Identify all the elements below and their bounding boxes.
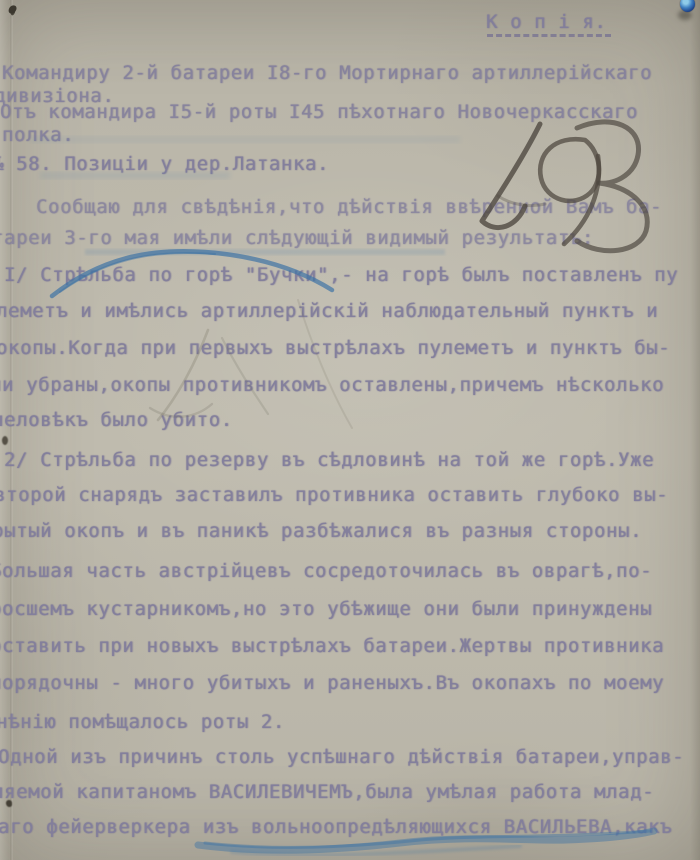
body-line: рытый окопъ и въ паникѣ разбѣжалися въ р… [0, 520, 642, 542]
body-line: росшемъ кустарникомъ,но это убѣжище они … [0, 598, 652, 620]
body-line: шаго фейерверкера изъ вольноопредѣляющих… [0, 816, 672, 838]
body-line: порядочны - много убитыхъ и раненыхъ.Въ … [0, 672, 664, 694]
header-line: Командиру 2-й батареи I8-го Мортирнаго а… [2, 62, 652, 84]
copy-label: К о п і я. [486, 11, 606, 33]
document-number-line: № 58. Позиціи у дер.Латанка. [0, 153, 329, 175]
body-line: Сообщаю для свѣдѣнія,что дѣйствія ввѣрен… [36, 196, 662, 218]
body-line: I/ Стрѣльба по горѣ "Бучки",- на горѣ бы… [4, 264, 678, 286]
header-line: Отъ командира I5-й роты I45 пѣхотнаго Но… [0, 101, 638, 123]
document-page: К о п і я. Командиру 2-й батареи I8-го М… [0, 0, 700, 860]
body-line: окопы.Когда при первыхъ выстрѣлахъ пулем… [0, 337, 670, 359]
body-line: человѣкъ было убито. [0, 409, 233, 431]
body-line: 2/ Стрѣльба по резерву въ сѣдловинѣ на т… [4, 449, 654, 471]
body-line: оставить при новыхъ выстрѣлахъ батареи.Ж… [0, 635, 664, 657]
body-line: ли убраны,окопы противникомъ оставлены,п… [0, 374, 664, 396]
body-line: ляемой капитаномъ ВАСИЛЕВИЧЕМЪ,была умѣл… [0, 781, 654, 803]
body-line: второй снарядъ заставилъ противника оста… [0, 484, 668, 506]
paper-speck [2, 436, 8, 445]
body-line: леметъ и имѣлись артиллерійскій наблюдат… [0, 300, 658, 322]
body-line: Большая часть австрійцевъ сосредоточилас… [0, 560, 652, 582]
header-line: полка. [2, 124, 74, 146]
body-line: тареи 3-го мая имѣли слѣдующій видимый р… [0, 227, 594, 249]
body-line: Одной изъ причинъ столь успѣшнаго дѣйств… [0, 746, 684, 768]
paper-right-edge [690, 0, 700, 860]
copy-underline [487, 34, 611, 37]
body-line: мнѣнію помѣщалось роты 2. [0, 711, 285, 733]
